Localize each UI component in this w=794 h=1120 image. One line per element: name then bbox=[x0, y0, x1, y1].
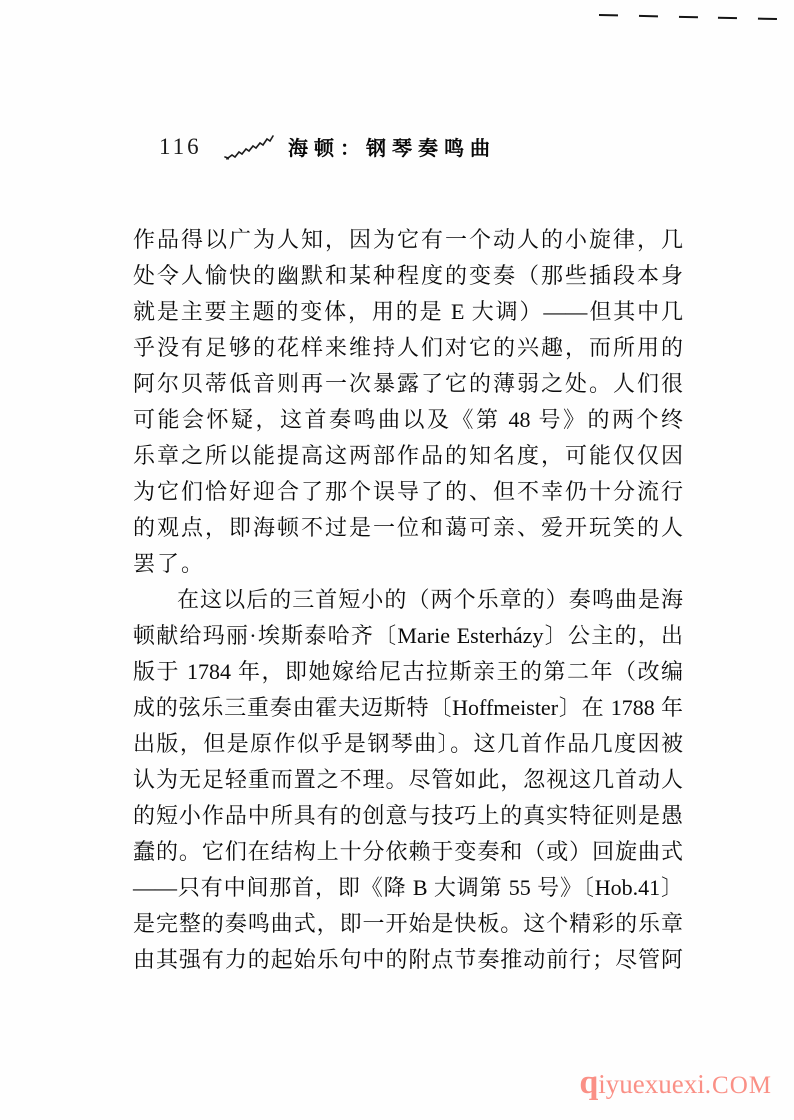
book-page: 116 海顿：钢琴奏鸣曲 作品得以广为人知，因为它有一个动人的小旋律，几 处令人… bbox=[0, 0, 794, 1120]
text-line: 可能会怀疑，这首奏鸣曲以及《第 48 号》的两个终 bbox=[133, 402, 683, 438]
top-dash-marks bbox=[599, 14, 777, 20]
dash-mark bbox=[639, 15, 658, 17]
watermark-middle: iyuexuexi bbox=[598, 1069, 704, 1099]
text-line: 认为无足轻重而置之不理。尽管如此，忽视这几首动人 bbox=[133, 762, 683, 798]
text-line: 顿献给玛丽·埃斯泰哈齐〔Marie Esterházy〕公主的，出 bbox=[133, 618, 683, 654]
body-text: 作品得以广为人知，因为它有一个动人的小旋律，几 处令人愉快的幽默和某种程度的变奏… bbox=[133, 222, 683, 978]
text-line: 乐章之所以能提高这两部作品的知名度，可能仅仅因 bbox=[133, 438, 683, 474]
pen-scribble-icon bbox=[223, 130, 275, 167]
dash-mark bbox=[718, 17, 737, 19]
text-line: 成的弦乐三重奏由霍夫迈斯特〔Hoffmeister〕在 1788 年 bbox=[133, 690, 683, 726]
text-line: 是完整的奏鸣曲式，即一开始是快板。这个精彩的乐章 bbox=[133, 906, 683, 942]
page-header: 116 海顿：钢琴奏鸣曲 bbox=[133, 130, 683, 164]
watermark-suffix: .COM bbox=[705, 1072, 772, 1099]
dash-mark bbox=[758, 18, 777, 20]
text-line: 阿尔贝蒂低音则再一次暴露了它的薄弱之处。人们很 bbox=[133, 366, 683, 402]
text-line: 出版，但是原作似乎是钢琴曲〕。这几首作品几度因被 bbox=[133, 726, 683, 762]
text-line: 处令人愉快的幽默和某种程度的变奏（那些插段本身 bbox=[133, 258, 683, 294]
text-line: 为它们恰好迎合了那个误导了的、但不幸仍十分流行 bbox=[133, 474, 683, 510]
text-line: 在这以后的三首短小的（两个乐章的）奏鸣曲是海 bbox=[133, 582, 683, 618]
text-line: ——只有中间那首，即《降 B 大调第 55 号》〔Hob.41〕 bbox=[133, 870, 683, 906]
watermark-prefix: q bbox=[579, 1064, 598, 1101]
running-title: 海顿：钢琴奏鸣曲 bbox=[288, 132, 496, 161]
dash-mark bbox=[678, 16, 697, 18]
text-line: 的短小作品中所具有的创意与技巧上的真实特征则是愚 bbox=[133, 798, 683, 834]
text-line: 罢了。 bbox=[133, 546, 683, 582]
site-watermark: qiyuexuexi.COM bbox=[579, 1064, 772, 1108]
page-number: 116 bbox=[159, 134, 202, 160]
text-line: 由其强有力的起始乐句中的附点节奏推动前行；尽管阿 bbox=[133, 942, 683, 978]
text-line: 乎没有足够的花样来维持人们对它的兴趣，而所用的 bbox=[133, 330, 683, 366]
text-line: 就是主要主题的变体，用的是 E 大调）——但其中几 bbox=[133, 294, 683, 330]
text-line: 作品得以广为人知，因为它有一个动人的小旋律，几 bbox=[133, 222, 683, 258]
text-line: 版于 1784 年，即她嫁给尼古拉斯亲王的第二年（改编 bbox=[133, 654, 683, 690]
dash-mark bbox=[599, 14, 618, 16]
text-line: 蠢的。它们在结构上十分依赖于变奏和（或）回旋曲式 bbox=[133, 834, 683, 870]
text-line: 的观点，即海顿不过是一位和蔼可亲、爱开玩笑的人 bbox=[133, 510, 683, 546]
